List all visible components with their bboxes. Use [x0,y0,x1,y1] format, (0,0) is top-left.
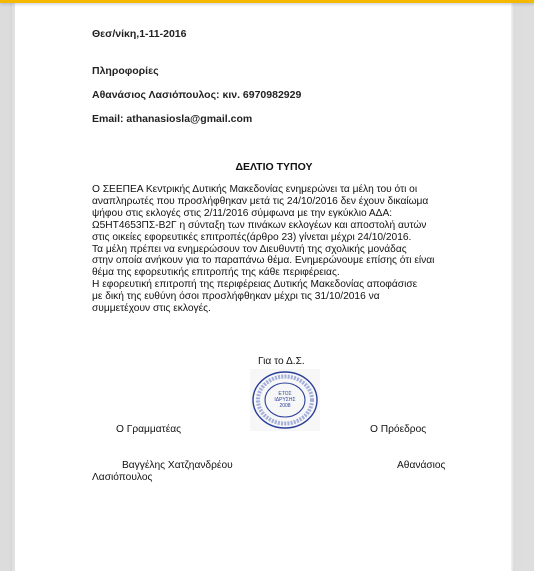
document-title: ΔΕΛΤΙΟ ΤΥΠΟΥ [15,161,511,173]
for-board-label: Για το Δ.Σ. [258,356,305,367]
secretary-name: Βαγγέλης Χατζηανδρέου [122,460,233,471]
body-line: θέμα της εφορευτικής επιτροπής της κάθε … [92,267,444,279]
body-line: Τα μέλη πρέπει να ενημερώσουν τον Διευθυ… [92,244,444,256]
press-release-body: Ο ΣΕΕΠΕΑ Κεντρικής Δυτικής Μακεδονίας εν… [92,184,444,315]
stamp-seal-icon: ΕΤΟΣ ΙΔΡΥΣΗΣ 2008 [250,369,320,431]
president-first-name: Αθανάσιος [397,460,445,471]
info-label: Πληροφορίες [92,65,159,77]
body-line: με δική της ευθύνη όσοι προσλήφθηκαν μέχ… [92,291,444,303]
body-line: στην οποία ανήκουν για το παραπάνω θέμα.… [92,255,444,267]
svg-text:2008: 2008 [279,403,290,409]
body-line: Ο ΣΕΕΠΕΑ Κεντρικής Δυτικής Μακεδονίας εν… [92,184,444,196]
top-accent-bar [0,0,534,3]
body-line: ψήφου στις εκλογές στις 2/11/2016 σύμφων… [92,208,444,220]
body-line: αναπληρωτές που προσλήφθηκαν μετά τις 24… [92,196,444,208]
body-line: συμμετέχουν στις εκλογές. [92,303,444,315]
secretary-title: Ο Γραμματέας [116,424,181,435]
organization-stamp: ΕΤΟΣ ΙΔΡΥΣΗΣ 2008 [250,369,320,431]
contact-line: Αθανάσιος Λασιόπουλος: κιν. 6970982929 [92,89,301,101]
body-line: Ω5ΗΤ4653ΠΣ-Β2Γ η σύνταξη των πινάκων εκλ… [92,220,444,232]
document-page[interactable]: Θεσ/νίκη,1-11-2016 Πληροφορίες Αθανάσιος… [15,3,511,571]
president-title: Ο Πρόεδρος [370,424,426,435]
president-last-name: Λασιόπουλος [92,472,152,483]
document-viewer: Θεσ/νίκη,1-11-2016 Πληροφορίες Αθανάσιος… [0,0,534,571]
left-gutter [0,3,15,571]
body-line: στις οικείες εφορευτικές επιτροπές(άρθρο… [92,232,444,244]
body-line: Η εφορευτική επιτροπή της περιφέρειας Δυ… [92,279,444,291]
right-gutter [511,3,534,571]
place-date: Θεσ/νίκη,1-11-2016 [92,28,187,40]
email-line: Email: athanasiosla@gmail.com [92,113,252,125]
